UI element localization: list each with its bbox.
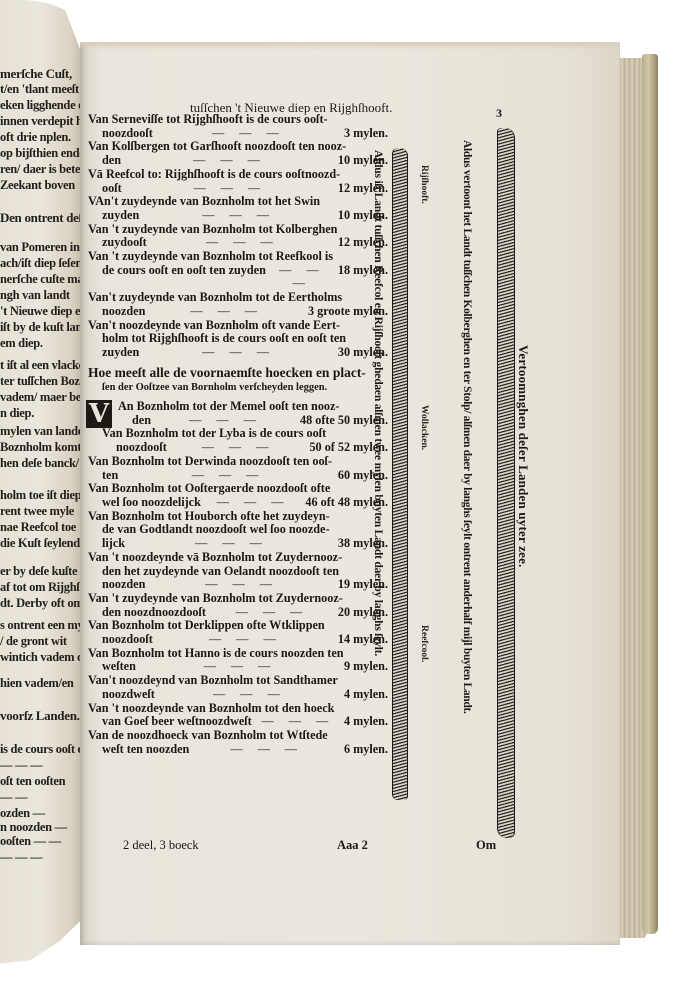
entry-direction: noozdooſt [102, 633, 153, 647]
entry-line: Van Boznholm tot Derwinda noozdooſt ten … [88, 455, 388, 469]
left-page-line: Zeekant boven [0, 178, 75, 193]
entry-line: Van Boznholm tot Hanno is de cours noozd… [88, 647, 388, 661]
distance-entry: Van 't zuydeynde van Boznholm tot Zuyder… [88, 592, 388, 619]
left-page-line: er by deſe kuſte [0, 564, 77, 579]
entry-direction: noozdooſt [116, 441, 167, 455]
entry-direction: zuyden [102, 209, 139, 223]
left-page-line: hen deſe banck/ [0, 456, 79, 471]
entry-line: Van Boznholm tot Derklippen ofte Wtklipp… [88, 619, 388, 633]
distance-entry: Van Boznholm tot Derwinda noozdooſt ten … [88, 455, 388, 482]
distance-entry: VAn Boznholm tot der Memel ooſt ten nooz… [88, 400, 388, 427]
left-page-line: — — [0, 790, 27, 805]
left-page-line: mylen van lande [0, 424, 80, 439]
entry-direction: weſten [102, 660, 136, 674]
entry-line: Van Boznholm tot der Lyba is de cours oo… [102, 427, 388, 441]
entry-direction: den [132, 414, 151, 428]
distance-entry: Vā Reefcol to: Rijghſhooft is de cours o… [88, 168, 388, 195]
dash-leader: — — — [153, 127, 344, 141]
entry-line: An Boznholm tot der Memel ooſt ten nooz- [118, 400, 388, 414]
entry-direction: ooſt [102, 182, 122, 196]
left-page-line: af tot om Rijghſhooft [0, 580, 80, 595]
entry-line: Van 't zuydeynde van Boznholm tot Kolber… [88, 223, 388, 237]
entry-distance: 4 mylen. [344, 715, 388, 729]
entry-direction: noozden [102, 305, 145, 319]
dash-leader: — — — [136, 660, 344, 674]
entry-line: Van 't zuydeynde van Boznholm tot Reefko… [88, 250, 388, 264]
dash-leader: — — — [147, 236, 338, 250]
coastal-caption-inner: Aldus vertoont het Landt tuſſchen Kolber… [461, 140, 473, 714]
left-page-line: ooſten — — [0, 834, 61, 849]
vellum-cover-edge [642, 54, 658, 934]
entry-line: den het zuydeynde van Oelandt noozdooſt … [88, 565, 388, 579]
distance-entry: Van Boznholm tot Hanno is de cours noozd… [88, 647, 388, 674]
left-page-line: nae Reefcol toe [0, 520, 76, 535]
left-page-line: merſche Cuſt, [0, 66, 72, 82]
distance-entry: Van't noozdeynd van Boznholm tot Sandtha… [88, 674, 388, 701]
distance-entry: Van Boznholm tot Houborch ofte het zuyde… [88, 510, 388, 551]
entry-line: Van't noozdeynde van Boznholm oft vande … [88, 319, 388, 333]
dash-leader: — — — [121, 154, 338, 168]
left-page-line: / de gront wit [0, 634, 67, 649]
entry-line: Van Boznholm tot Houborch ofte het zuyde… [88, 510, 388, 524]
distance-entry: VAn't zuydeynde van Boznholm tot het Swi… [88, 195, 388, 222]
left-page-line: t/en 'tlant meeſt met [0, 82, 80, 97]
left-page-line: n diep. [0, 406, 34, 421]
dash-leader: — — — [118, 469, 338, 483]
signature-mark: Aaa 2 [337, 838, 368, 853]
left-page-line: hien vadem/en [0, 676, 74, 691]
section-subheading: ſen der Ooſtzee van Bornholm verſcheyden… [88, 381, 388, 395]
entry-distance: 3 mylen. [344, 127, 388, 141]
dash-leader: — — — [139, 209, 338, 223]
left-page-line: — — — [0, 758, 42, 773]
entry-distance: 9 mylen. [344, 660, 388, 674]
left-page-line: n noozden — [0, 820, 67, 835]
left-page-line: op bijſthien ende [0, 146, 80, 161]
left-page-line: t iſt al een vlacke [0, 358, 80, 373]
left-facing-page: merſche Cuſt,t/en 'tlant meeſt meteken l… [0, 0, 80, 980]
entry-direction: zuydooſt [102, 236, 147, 250]
dash-leader: — — — [201, 496, 306, 510]
coastal-profile-reefcol-rijshooft [392, 148, 408, 800]
place-label: Rijſhooft. [419, 165, 429, 204]
left-page-line: van Pomeren in't [0, 240, 80, 255]
entry-line: Van de noozdhoeck van Boznholm tot Wtſte… [88, 729, 388, 743]
left-page-line: ach/iſt diep ſeſent [0, 256, 80, 271]
left-page-line: vadem/ maer beter [0, 390, 80, 405]
left-page-line: dt. Derby oft om [0, 596, 80, 611]
distance-entry: Van Boznholm tot Ooſtergaerde noozdooſt … [88, 482, 388, 509]
page-number: 3 [496, 106, 502, 121]
left-page-line: s ontrent een myl/ [0, 618, 80, 633]
entry-line: Van Kolſbergen tot Garſhooft noozdooſt t… [88, 140, 388, 154]
left-page-line: eken ligghende op en [0, 98, 80, 113]
dash-leader: — — — [139, 346, 338, 360]
catchword: Om [476, 838, 496, 853]
distance-entry: Van't noozdeynde van Boznholm oft vande … [88, 319, 388, 360]
entry-direction: wel ſoo noozdelijck [102, 496, 201, 510]
left-page-line: iſt by de kuſt langhs [0, 320, 80, 335]
dash-leader: — — — [125, 537, 338, 551]
entry-line: Van Serneviſſe tot Rijghſhooft is de cou… [88, 113, 388, 127]
entry-direction: van Goeſ beer weſtnoozdweſt [102, 715, 252, 729]
distance-entry: Van de noozdhoeck van Boznholm tot Wtſte… [88, 729, 388, 756]
dash-leader: — — — [153, 633, 338, 647]
distance-entry: Van Serneviſſe tot Rijghſhooft is de cou… [88, 113, 388, 140]
distance-entry: Van Kolſbergen tot Garſhooft noozdooſt t… [88, 140, 388, 167]
distance-entry: Van Boznholm tot Derklippen ofte Wtklipp… [88, 619, 388, 646]
entry-direction: noozden [102, 578, 145, 592]
decorated-initial: V [86, 400, 112, 428]
entry-distance: 6 mylen. [344, 743, 388, 757]
place-label: Wollacken. [419, 405, 429, 450]
entry-direction: zuyden [102, 346, 139, 360]
left-page-line: em diep. [0, 336, 43, 351]
entry-line: Van Boznholm tot Ooſtergaerde noozdooſt … [88, 482, 388, 496]
entry-line: holm tot Rijghſhooft is de cours ooſt en… [88, 332, 388, 346]
left-page-line: oft drie nplen. [0, 130, 71, 145]
entry-direction: lijck [102, 537, 125, 551]
left-page-line: — — — [0, 850, 42, 865]
entry-line: Van 't noozdeynde vā Boznholm tot Zuyder… [88, 551, 388, 565]
dash-leader: — — — [145, 578, 338, 592]
left-page-line: voorſz Landen. [0, 708, 80, 724]
left-page-line: Boznholm komt [0, 440, 80, 455]
distance-entry: Van't zuydeynde van Boznholm tot de Eert… [88, 291, 388, 318]
entry-line: VAn't zuydeynde van Boznholm tot het Swi… [88, 195, 388, 209]
entry-distance: 4 mylen. [344, 688, 388, 702]
entry-line: Vā Reefcol to: Rijghſhooft is de cours o… [88, 168, 388, 182]
distance-entry: Van 't noozdeynde van Boznholm tot den h… [88, 702, 388, 729]
entry-direction: den [102, 154, 121, 168]
left-page-line: Den ontrent deſe Landen [0, 210, 80, 226]
left-page-line: ozden — [0, 806, 45, 821]
dash-leader: — — — [266, 264, 338, 291]
left-page-line: die Kuſt ſeylende [0, 536, 80, 551]
entry-direction: de cours ooſt en ooſt ten zuyden [102, 264, 266, 291]
entry-line: de van Godtlandt noozdooſt wel ſoo noozd… [88, 523, 388, 537]
coastal-views-title: Vertoomnghen deſer Landen uyter zee. [515, 345, 531, 568]
distance-entry: Van 't noozdeynde vā Boznholm tot Zuyder… [88, 551, 388, 592]
entry-line: Van 't noozdeynde van Boznholm tot den h… [88, 702, 388, 716]
entry-line: Van't zuydeynde van Boznholm tot de Eert… [88, 291, 388, 305]
left-page-line: nerſche cuſte mach [0, 272, 80, 287]
entry-direction: noozdweſt [102, 688, 155, 702]
left-page-line: holm toe iſt diep [0, 488, 80, 503]
dash-leader: — — — [122, 182, 338, 196]
coastal-profile-kolberghen-stolp [497, 128, 515, 838]
signature-note: 2 deel, 3 boeck [123, 838, 199, 853]
distance-entry: Van Boznholm tot der Lyba is de cours oo… [88, 427, 388, 454]
left-page-line: ter tuſſchen Bozn [0, 374, 80, 389]
coastal-caption-middle: Aldus iſt Landt tuſſchen Reefcol en Rijſ… [372, 150, 384, 656]
dash-leader: — — — [206, 606, 338, 620]
entry-direction: den noozdnoozdooſt [102, 606, 206, 620]
dash-leader: — — — [189, 743, 344, 757]
dash-leader: — — — [145, 305, 308, 319]
sailing-directions-text: Van Serneviſſe tot Rijghſhooft is de cou… [88, 113, 388, 756]
dash-leader: — — — [151, 414, 300, 428]
left-page-line: oſt ten ooſten [0, 774, 65, 789]
dash-leader: — — — [167, 441, 310, 455]
left-page-line: 't Nieuwe diep en [0, 304, 80, 319]
place-label: Reefcool. [419, 625, 429, 662]
left-page-line: rent twee myle [0, 504, 74, 519]
entry-direction: noozdooſt [102, 127, 153, 141]
distance-entry: Van 't zuydeynde van Boznholm tot Reefko… [88, 250, 388, 291]
left-page-line: wintich vadem diep/ [0, 650, 80, 665]
left-page-line: innen verdepit het [0, 114, 80, 129]
distance-entry: Van 't zuydeynde van Boznholm tot Kolber… [88, 223, 388, 250]
left-page-line: ren/ daer is beter [0, 162, 80, 177]
entry-line: Van 't zuydeynde van Boznholm tot Zuyder… [88, 592, 388, 606]
left-page-line: ngh van landt [0, 288, 70, 303]
section-heading: Hoe meeſt alle de voornaemſte hoecken en… [88, 366, 388, 380]
dash-leader: — — — [155, 688, 344, 702]
entry-direction: ten [102, 469, 118, 483]
entry-direction: weſt ten noozden [102, 743, 189, 757]
entry-line: Van't noozdeynd van Boznholm tot Sandtha… [88, 674, 388, 688]
left-page-line: is de cours ooſt en [0, 742, 80, 757]
dash-leader: — — — [252, 715, 344, 729]
